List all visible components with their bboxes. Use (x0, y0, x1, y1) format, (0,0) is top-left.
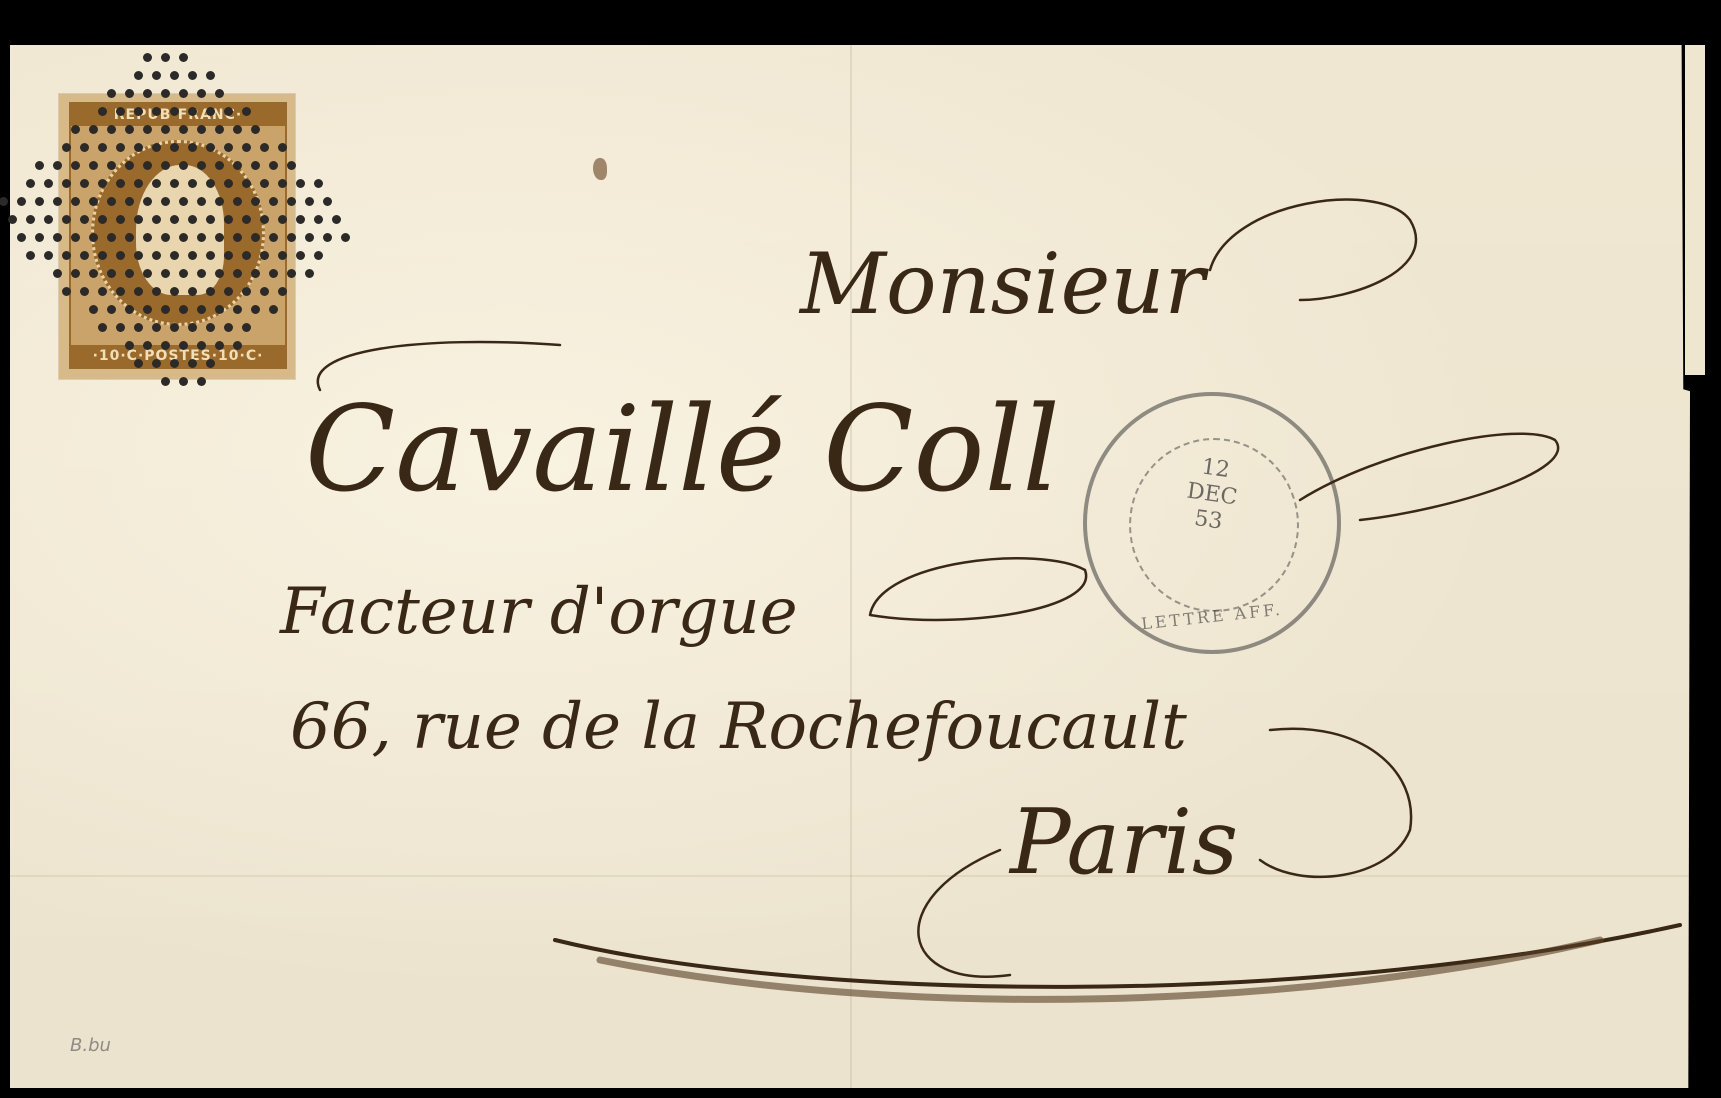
cancel-dot (206, 215, 215, 224)
cancel-dot (287, 269, 296, 278)
pencil-annotation: B.bu (70, 1035, 111, 1056)
cancel-dot (125, 89, 134, 98)
cancel-dot (233, 305, 242, 314)
cancel-dot (206, 251, 215, 260)
cancel-dot (215, 305, 224, 314)
cancel-dot (242, 143, 251, 152)
cancel-dot (80, 251, 89, 260)
cancel-dot (161, 125, 170, 134)
cancel-dot (278, 251, 287, 260)
fold-line-horizontal (10, 875, 1690, 877)
cancel-dot (161, 89, 170, 98)
cancel-dot (89, 305, 98, 314)
cancel-dot (224, 143, 233, 152)
cancel-dot (53, 161, 62, 170)
cancel-dot (143, 305, 152, 314)
cancel-dot (170, 107, 179, 116)
cancel-dot (89, 233, 98, 242)
cancel-dot (71, 161, 80, 170)
cancel-dot (116, 287, 125, 296)
cancel-dot (89, 197, 98, 206)
cancel-dot (107, 125, 116, 134)
cancel-dot (26, 179, 35, 188)
cancel-dot (125, 341, 134, 350)
cancel-dot (143, 125, 152, 134)
ink-blot (593, 158, 607, 180)
cancel-dot (269, 269, 278, 278)
cancel-dot (269, 233, 278, 242)
cancel-dot (233, 269, 242, 278)
cancel-dot (296, 251, 305, 260)
cancel-dot (125, 269, 134, 278)
cancel-dot (98, 215, 107, 224)
cancel-dot (215, 341, 224, 350)
cancel-dot (242, 251, 251, 260)
cancel-dot (107, 233, 116, 242)
cancel-dot (305, 197, 314, 206)
cancel-dot (161, 53, 170, 62)
cancel-dot (125, 161, 134, 170)
cancel-dot (170, 71, 179, 80)
cancel-dot (98, 107, 107, 116)
cancel-dot (62, 143, 71, 152)
cancel-dot (188, 215, 197, 224)
cancel-dot (116, 215, 125, 224)
cancel-dot (170, 287, 179, 296)
cancel-dot (71, 233, 80, 242)
cancel-dot (134, 71, 143, 80)
cancel-dot (161, 197, 170, 206)
cancel-dot (269, 305, 278, 314)
cancel-dot (44, 251, 53, 260)
cancel-dot (170, 179, 179, 188)
cancel-dot (134, 143, 143, 152)
cancel-dot (35, 197, 44, 206)
cancel-dot (197, 161, 206, 170)
cancel-dot (179, 89, 188, 98)
cancel-dot (197, 377, 206, 386)
cancel-dot (251, 233, 260, 242)
cancel-dot (161, 305, 170, 314)
cancel-dot (26, 251, 35, 260)
cancel-dot (35, 233, 44, 242)
cancel-dot (107, 305, 116, 314)
cancel-dot (80, 215, 89, 224)
cancel-dot (296, 215, 305, 224)
cancel-dot (251, 305, 260, 314)
cancel-dot (188, 71, 197, 80)
cancel-dot (143, 89, 152, 98)
cancel-dot (170, 251, 179, 260)
cancel-dot (107, 161, 116, 170)
cancel-dot (224, 215, 233, 224)
cancel-dot (278, 143, 287, 152)
cancel-dot (125, 197, 134, 206)
cancel-dot (233, 233, 242, 242)
cancel-dot (107, 269, 116, 278)
cancel-dot (170, 323, 179, 332)
cancel-dot (242, 287, 251, 296)
cancel-dot (251, 125, 260, 134)
cancel-dot (179, 233, 188, 242)
cancel-dot (206, 323, 215, 332)
cancel-dot (53, 197, 62, 206)
cancel-dot (233, 341, 242, 350)
cancel-dot (197, 305, 206, 314)
cancel-dot (62, 251, 71, 260)
cancel-dot (179, 305, 188, 314)
cancel-dot (143, 341, 152, 350)
cancel-dot (314, 215, 323, 224)
cancel-dot (143, 233, 152, 242)
cancel-dot (170, 215, 179, 224)
cancel-dot (116, 179, 125, 188)
cancel-dot (152, 179, 161, 188)
cancel-dot (233, 125, 242, 134)
cancel-dot (278, 179, 287, 188)
recipient-occupation: Facteur d'orgue (280, 575, 798, 649)
cancel-dot (260, 215, 269, 224)
cancel-dot (17, 233, 26, 242)
cancel-dot (197, 197, 206, 206)
cancel-dot (206, 107, 215, 116)
cancel-dot (98, 251, 107, 260)
cancel-dot (80, 287, 89, 296)
cancel-dot (188, 287, 197, 296)
cancel-dot (107, 89, 116, 98)
cancel-dot (305, 233, 314, 242)
cancel-dot (242, 215, 251, 224)
cancel-dot (215, 269, 224, 278)
cancel-dot (152, 359, 161, 368)
cancel-dot (116, 323, 125, 332)
street-address: 66, rue de la Rochefoucault (290, 690, 1187, 764)
cancel-dot (170, 143, 179, 152)
cancel-dot (116, 107, 125, 116)
cancel-dot (152, 215, 161, 224)
cancel-dot (179, 197, 188, 206)
cancel-dot (161, 377, 170, 386)
cancel-dot (143, 269, 152, 278)
cancel-dot (116, 251, 125, 260)
cancel-dot (152, 143, 161, 152)
cancel-dot (134, 179, 143, 188)
cancel-dot (206, 179, 215, 188)
cancel-dot (152, 323, 161, 332)
cancel-dot (242, 179, 251, 188)
cancel-dot (341, 233, 350, 242)
cancel-dot (179, 125, 188, 134)
cancel-dot (278, 215, 287, 224)
city: Paris (1010, 790, 1238, 895)
cancel-dot (215, 89, 224, 98)
cancel-dot (62, 179, 71, 188)
cancel-dot (323, 197, 332, 206)
cancel-dot (179, 341, 188, 350)
cancel-dot (152, 287, 161, 296)
cancel-dot (287, 233, 296, 242)
cancel-dot (215, 125, 224, 134)
cancel-dot (224, 287, 233, 296)
cancel-dot (242, 107, 251, 116)
cancel-dot (197, 89, 206, 98)
cancel-dot (188, 143, 197, 152)
cancel-dot (98, 143, 107, 152)
cancel-dot (188, 179, 197, 188)
cancel-dot (143, 197, 152, 206)
cancel-dot (260, 251, 269, 260)
cancel-dot (269, 197, 278, 206)
cancel-dot (188, 359, 197, 368)
cancel-dot (71, 197, 80, 206)
cancel-dot (53, 233, 62, 242)
cancel-dot (305, 269, 314, 278)
cancel-dot (44, 215, 53, 224)
cancel-dot (161, 341, 170, 350)
cancel-dot (224, 107, 233, 116)
cancel-dot (26, 215, 35, 224)
cancel-dot (161, 269, 170, 278)
cancel-dot (8, 215, 17, 224)
cancel-dot (188, 107, 197, 116)
cancel-dot (287, 161, 296, 170)
cancel-dot (260, 287, 269, 296)
cancel-dot (80, 179, 89, 188)
cancel-dot (269, 161, 278, 170)
cancel-dot (179, 53, 188, 62)
cancel-dot (215, 161, 224, 170)
cancel-dot (224, 179, 233, 188)
cancel-dot (296, 179, 305, 188)
cancel-dot (134, 215, 143, 224)
cancel-dot (323, 233, 332, 242)
cancel-dot (134, 251, 143, 260)
cancel-dot (125, 233, 134, 242)
cancel-dot (251, 161, 260, 170)
letter-flap (1685, 45, 1705, 375)
cancel-dot (152, 71, 161, 80)
cancel-dot (224, 323, 233, 332)
cancel-dot (89, 125, 98, 134)
cancel-dot (98, 287, 107, 296)
cancel-dot (179, 161, 188, 170)
cancel-dot (224, 251, 233, 260)
cancel-dot (233, 197, 242, 206)
cancel-dot (197, 269, 206, 278)
cancel-dot (134, 287, 143, 296)
cancel-dot (287, 197, 296, 206)
cancel-dot (179, 377, 188, 386)
cancel-dot (197, 341, 206, 350)
cancel-dot (188, 323, 197, 332)
cancel-dot (215, 233, 224, 242)
postmark-date: 12 DEC 53 (1083, 439, 1341, 551)
cancel-dot (134, 359, 143, 368)
cancel-dot (161, 233, 170, 242)
cancel-dot (134, 323, 143, 332)
cancel-dot (242, 323, 251, 332)
cancel-dot (71, 269, 80, 278)
cancel-dot (98, 179, 107, 188)
cancel-dot (161, 161, 170, 170)
fold-line-vertical (850, 45, 852, 1088)
cancel-dot (152, 107, 161, 116)
cancel-dot (89, 161, 98, 170)
cancel-dot (197, 233, 206, 242)
cancel-dot (134, 107, 143, 116)
cancel-dot (278, 287, 287, 296)
cancel-dot (125, 305, 134, 314)
cancel-dot (251, 269, 260, 278)
cancel-dot (44, 179, 53, 188)
cancel-dot (260, 143, 269, 152)
cancel-dot (233, 161, 242, 170)
cancel-dot (143, 53, 152, 62)
cancel-dot (62, 215, 71, 224)
cancel-dot (332, 215, 341, 224)
cancel-dot (206, 287, 215, 296)
cancel-dot (314, 179, 323, 188)
cancel-dot (53, 269, 62, 278)
cancel-dot (62, 287, 71, 296)
cancel-dot (206, 143, 215, 152)
cancel-dot (80, 143, 89, 152)
cancel-dot (98, 323, 107, 332)
cancel-dot (107, 197, 116, 206)
cancel-dot (215, 197, 224, 206)
cancel-dot (143, 161, 152, 170)
cancel-dot (170, 359, 179, 368)
cancel-dot (0, 197, 8, 206)
cancel-dot (260, 179, 269, 188)
cancel-dot (152, 251, 161, 260)
cancel-dot (197, 125, 206, 134)
cancel-dot (17, 197, 26, 206)
cancel-dot (116, 143, 125, 152)
recipient-name: Cavaillé Coll (305, 380, 1060, 518)
cancel-dot (251, 197, 260, 206)
postmark: 12 DEC 53 LETTRE AFF. (1083, 392, 1341, 654)
cancel-dot (206, 71, 215, 80)
salutation: Monsieur (800, 235, 1205, 333)
cancel-dot (125, 125, 134, 134)
cancel-dot (206, 359, 215, 368)
cancel-dot (179, 269, 188, 278)
cancel-dot (188, 251, 197, 260)
cancel-dot (314, 251, 323, 260)
cancel-dot (89, 269, 98, 278)
cancel-dot (71, 125, 80, 134)
cancel-dot (35, 161, 44, 170)
